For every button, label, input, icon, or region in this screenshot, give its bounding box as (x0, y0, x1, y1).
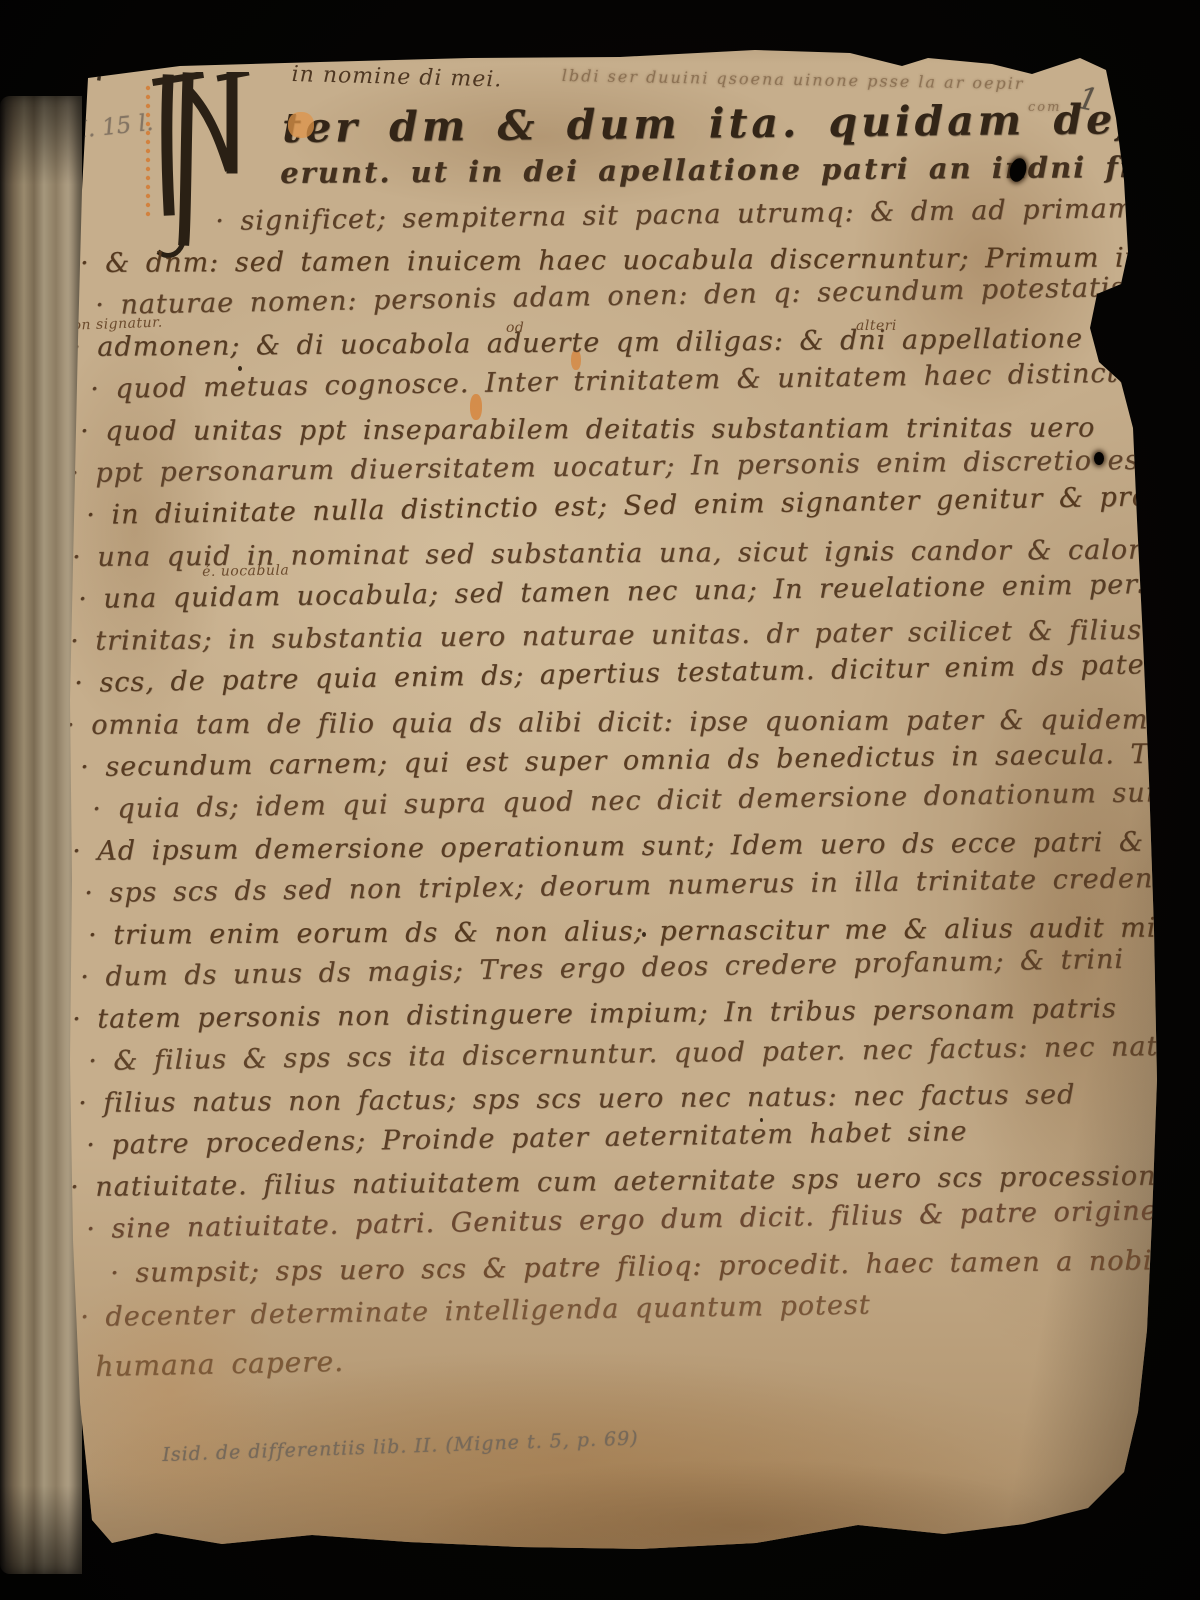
text-line: · in diuinitate nulla distinctio est; Se… (86, 480, 1200, 531)
text-line: · quod unitas ppt inseparabilem deitatis… (80, 412, 1095, 447)
ink-speck (642, 932, 646, 937)
incipit-line: ter dm & dum ita. quidam defin (282, 94, 1191, 152)
text-line: · sps scs ds sed non triplex; deorum num… (84, 863, 1181, 909)
text-line: · admonen; & di uocabola aduerte qm dili… (72, 323, 1083, 363)
text-line: humana capere. (95, 1345, 344, 1383)
stain (420, 1460, 1060, 1590)
text-line: · & filius & sps scs ita discernuntur. q… (88, 1031, 1192, 1077)
text-line: · sine natiuitate. patri. Genitus ergo d… (86, 1195, 1158, 1245)
rubrication-touch (288, 112, 314, 138)
ink-speck (238, 366, 242, 371)
text-line: · quod metuas cognosce. Inter trinitatem… (90, 357, 1156, 405)
photo-stage: + + F III. 15 l. 1 lbdi ser duuini qsoen… (0, 0, 1200, 1600)
book-binding-edge (0, 96, 82, 1574)
text-line: · patre procedens; Proinde pater aeterni… (86, 1116, 968, 1161)
cross-mark-icon: + (85, 52, 115, 90)
incipit-line-2: erunt. ut in dei apellatione patri an in… (280, 149, 1200, 190)
text-line: · natiuitate. filius natiuitatem cum aet… (70, 1160, 1174, 1203)
text-line: · filius natus non factus; sps scs uero … (78, 1079, 1075, 1119)
text-line: · dum ds unus ds magis; Tres ergo deos c… (80, 944, 1124, 993)
text-line: · tatem personis non distinguere impium;… (72, 993, 1117, 1035)
text-line: · una quid in nominat sed substantia una… (72, 535, 1142, 573)
text-line: · naturae nomen: personis adam onen: den… (95, 272, 1126, 321)
text-line: · Ad ipsum demersione operationum sunt; … (72, 827, 1144, 867)
erased-header-text: lbdi ser duuini qsoena uinone psse la ar… (562, 66, 1025, 93)
text-line: · ppt personarum diuersitatem uocatur; I… (70, 445, 1151, 489)
text-line: · scs, de patre quia enim ds; apertius t… (74, 649, 1159, 699)
text-line: · quia ds; idem qui supra quod nec dicit… (92, 777, 1176, 825)
text-line: · omnia tam de filio quia ds alibi dicit… (66, 704, 1148, 741)
text-line: · decenter determinate intelligenda quan… (80, 1290, 871, 1333)
manuscript-page: + + F III. 15 l. 1 lbdi ser duuini qsoen… (0, 0, 1200, 1600)
ink-speck (866, 556, 870, 560)
text-line: · significet; sempiterna sit pacna utrum… (215, 193, 1134, 237)
librarian-pencil-note: Isid. de differentiis lib. II. (Migne t.… (162, 1427, 639, 1466)
ink-speck (760, 1118, 763, 1122)
text-line: · trinitas; in substantia uero naturae u… (70, 615, 1142, 657)
initial-IN (140, 72, 260, 267)
stain (60, 1250, 280, 1530)
worm-hole (1094, 452, 1104, 465)
text-line: · sumpsit; sps uero scs & patre filioq: … (110, 1244, 1200, 1289)
text-line: · secundum carnem; qui est super omnia d… (80, 739, 1150, 783)
invocation-line: in nomine di mei. (291, 62, 502, 93)
